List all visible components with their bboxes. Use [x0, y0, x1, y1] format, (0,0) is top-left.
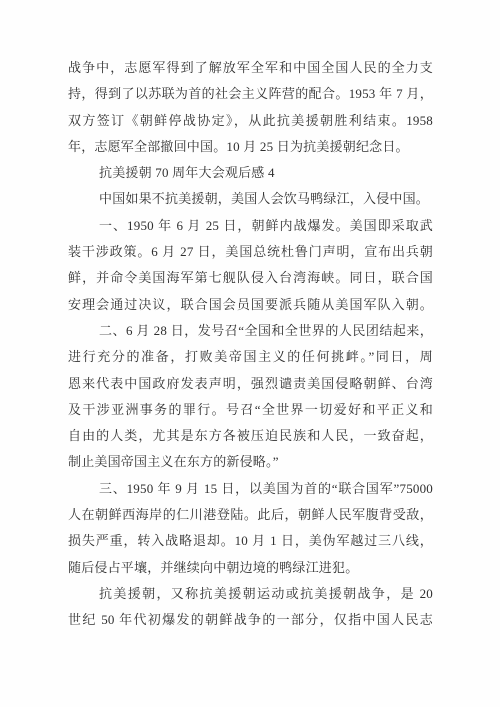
text-line: 人在朝鲜西海岸的仁川港登陆。此后，朝鲜人民军腹背受敌， — [68, 502, 433, 528]
text-line: 抗美援朝，又称抗美援朝运动或抗美援朝战争，是 20 — [68, 581, 433, 607]
text-line: 战争中，志愿军得到了解放军全军和中国全国人民的全力支 — [68, 55, 433, 81]
text-line: 年，志愿军全部撤回中国。10 月 25 日为抗美援朝纪念日。 — [68, 134, 433, 160]
section-title: 抗美援朝 70 周年大会观后感 4 — [68, 160, 433, 186]
document-page: 战争中，志愿军得到了解放军全军和中国全国人民的全力支持，得到了以苏联为首的社会主… — [0, 0, 500, 707]
text-line: 中国如果不抗美援朝，美国人会饮马鸭绿江，入侵中国。 — [68, 186, 433, 212]
text-line: 安理会通过决议，联合国会员国要派兵随从美国军队入朝。 — [68, 292, 433, 318]
text-line: 自由的人类，尤其是东方各被压迫民族和人民，一致奋起， — [68, 423, 433, 449]
text-line: 及干涉亚洲事务的罪行。号召“全世界一切爱好和平正义和 — [68, 397, 433, 423]
text-line: 双方签订《朝鲜停战协定》，从此抗美援朝胜利结束。1958 — [68, 108, 433, 134]
text-line: 二、6 月 28 日，发号召“全国和全世界的人民团结起来， — [68, 318, 433, 344]
text-line: 鲜，并命令美国海军第七舰队侵入台湾海峡。同日，联合国 — [68, 265, 433, 291]
text-line: 进行充分的准备，打败美帝国主义的任何挑衅。”同日，周 — [68, 344, 433, 370]
text-line: 三、1950 年 9 月 15 日，以美国为首的“联合国军”75000 — [68, 476, 433, 502]
text-line: 一、1950 年 6 月 25 日，朝鲜内战爆发。美国即采取武 — [68, 213, 433, 239]
text-line: 世纪 50 年代初爆发的朝鲜战争的一部分，仅指中国人民志 — [68, 607, 433, 633]
text-line: 装干涉政策。6 月 27 日，美国总统杜鲁门声明，宣布出兵朝 — [68, 239, 433, 265]
text-line: 持，得到了以苏联为首的社会主义阵营的配合。1953 年 7 月， — [68, 81, 433, 107]
document-text: 战争中，志愿军得到了解放军全军和中国全国人民的全力支持，得到了以苏联为首的社会主… — [68, 55, 433, 634]
text-line: 恩来代表中国政府发表声明，强烈谴责美国侵略朝鲜、台湾 — [68, 371, 433, 397]
text-line: 随后侵占平壤，并继续向中朝边境的鸭绿江进犯。 — [68, 555, 433, 581]
text-line: 制止美国帝国主义在东方的新侵略。” — [68, 449, 433, 475]
text-line: 损失严重，转入战略退却。10 月 1 日，美伪军越过三八线， — [68, 528, 433, 554]
